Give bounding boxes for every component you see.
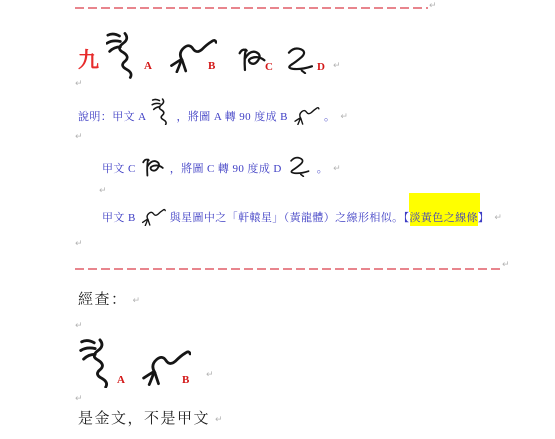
- red-dashed-divider-top: [75, 7, 428, 9]
- explanation-line-1: 說明：甲文 A ，將圖 A 轉 90 度成 B 。 ↵: [78, 97, 348, 125]
- line2-end: 。: [317, 163, 328, 177]
- oracle-glyph-d-icon: [286, 155, 313, 177]
- line3-lead: 甲文 B: [102, 212, 136, 226]
- paragraph-mark: ↵: [429, 2, 437, 11]
- document-page: ↵ 九 A B C D ↵ ↵ 說明：甲文 A ，將圖 A 轉 90 度成 B …: [0, 0, 555, 439]
- glyph-label-b: B: [182, 375, 189, 386]
- oracle-glyph-d-icon: [283, 45, 317, 74]
- paragraph-mark: ↵: [75, 322, 83, 331]
- conclusion-text: 是金文，不是甲文: [78, 410, 210, 428]
- explanation-line-2: 甲文 C ，將圖 C 轉 90 度成 D 。 ↵: [102, 155, 341, 177]
- paragraph-mark: ↵: [75, 395, 83, 404]
- glyph-label-d: D: [317, 62, 325, 73]
- oracle-glyph-a-icon: [78, 338, 120, 388]
- line3-mid: 與星圖中之「軒轅星」（黃龍體）之線形相似。【: [170, 212, 410, 226]
- paragraph-mark: ↵: [502, 261, 510, 270]
- paragraph-mark: ↵: [75, 80, 83, 89]
- oracle-glyph-b-icon: [292, 105, 320, 125]
- verification-heading: 經查：: [78, 291, 128, 309]
- oracle-glyph-a-icon: [151, 98, 173, 125]
- paragraph-mark: ↵: [75, 240, 83, 249]
- line3-end: 】: [478, 212, 489, 226]
- paragraph-mark: ↵: [340, 112, 348, 125]
- oracle-glyph-a-icon: [106, 31, 142, 79]
- glyph-label-c: C: [265, 62, 273, 73]
- line1-lead: 說明：甲文 A: [78, 111, 147, 125]
- paragraph-mark: ↵: [215, 415, 224, 428]
- glyph-label-a: A: [117, 375, 125, 386]
- highlighted-text: 淡黃色之線條: [410, 212, 478, 226]
- paragraph-mark: ↵: [494, 213, 502, 226]
- paragraph-mark: ↵: [133, 296, 142, 309]
- explanation-line-3: 甲文 B 與星圖中之「軒轅星」（黃龍體）之線形相似。【 淡黃色之線條 】 ↵: [102, 206, 502, 226]
- oracle-glyph-c-icon: [237, 45, 267, 72]
- paragraph-mark: ↵: [99, 187, 107, 196]
- section-number: 九: [78, 50, 100, 71]
- line1-mid: ，將圖 A 轉 90 度成 B: [177, 111, 288, 125]
- paragraph-mark: ↵: [333, 164, 341, 177]
- verification-heading-row: 經查： ↵: [78, 291, 142, 309]
- glyph-label-b: B: [208, 61, 215, 72]
- oracle-glyph-b-icon: [140, 207, 166, 226]
- line2-mid: ，將圖 C 轉 90 度成 D: [170, 163, 282, 177]
- paragraph-mark: ↵: [206, 371, 214, 380]
- paragraph-mark: ↵: [333, 62, 341, 71]
- conclusion-row: 是金文，不是甲文 ↵: [78, 410, 224, 428]
- glyph-label-a: A: [144, 61, 152, 72]
- paragraph-mark: ↵: [75, 133, 83, 142]
- red-dashed-divider-bottom: [75, 268, 500, 270]
- line1-end: 。: [324, 111, 335, 125]
- line2-lead: 甲文 C: [102, 163, 136, 177]
- oracle-glyph-c-icon: [140, 156, 166, 177]
